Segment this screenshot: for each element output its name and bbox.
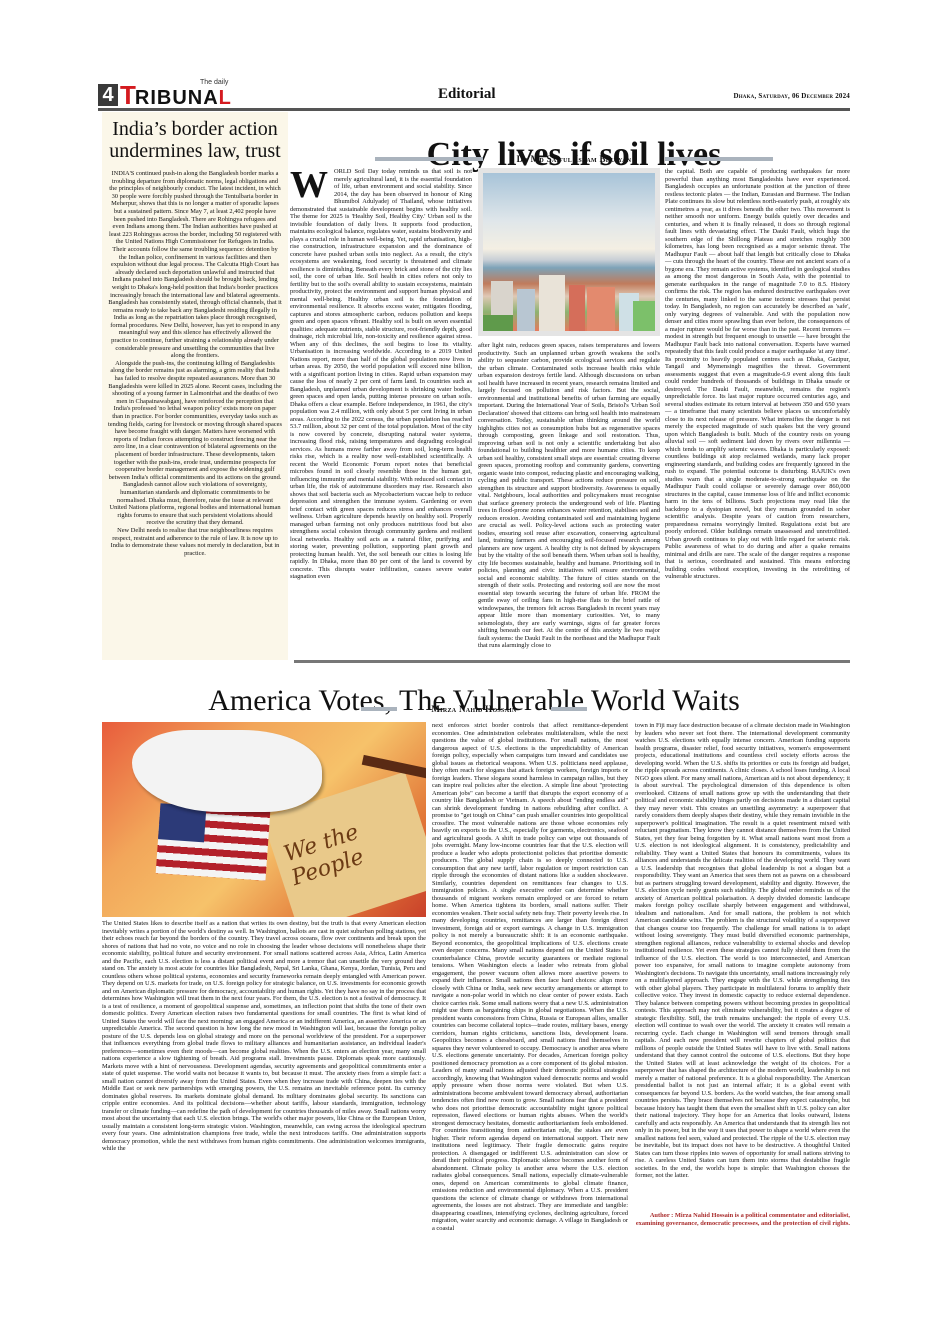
greenery-shape — [633, 301, 655, 331]
election-photo: We the People — [102, 722, 426, 917]
article1-column-1: W ORLD Soil Day today reminds us that so… — [290, 168, 472, 581]
article2-column-1: The United States likes to describe itse… — [102, 920, 426, 1153]
section-rule — [294, 660, 850, 663]
logo-wordmark-middle: RIBUNA — [135, 87, 219, 109]
masthead: 4 The daily TRIBUNAL Editorial Dhaka, Sa… — [98, 82, 850, 110]
byline-divider — [665, 157, 773, 161]
logo-initial: T — [120, 82, 135, 108]
editorial-paragraph: New Delhi needs to realise that true nei… — [108, 527, 282, 557]
dateline: Dhaka, Saturday, 06 December 2024 — [733, 92, 850, 100]
tribunal-logo: The daily TRIBUNAL — [120, 82, 232, 108]
city-photo-image — [483, 173, 655, 331]
article2-byline-row: Mirza Nahid Hossain — [98, 704, 850, 714]
author-note: Author : Mirza Nahid Hossain is a politi… — [635, 1212, 850, 1227]
us-map — [132, 730, 322, 812]
building-shape — [517, 289, 535, 331]
building-shape — [587, 287, 615, 331]
greenery-shape — [483, 315, 513, 331]
article1-column-2: after light rain, reduces green spaces, … — [478, 342, 660, 650]
us-flag — [156, 803, 271, 881]
editorial-paragraph: Alongside the push-ins, the continuing k… — [108, 360, 282, 482]
byline-divider — [375, 157, 483, 161]
masthead-rule — [98, 108, 850, 111]
building-shape — [569, 285, 585, 331]
logo-tagline: The daily — [200, 79, 228, 86]
article2-column-3: town in Fiji may face destruction becaus… — [635, 722, 850, 1208]
article1-column-3: the capital. Both are capable of produci… — [665, 168, 850, 581]
editorial-paragraph: Bangladesh cannot allow such violations … — [108, 481, 282, 527]
article1-byline-row: Dr Md Saiful Islam Bhuiyan — [298, 154, 850, 164]
article1-text: the capital. Both are capable of produci… — [665, 168, 850, 581]
article1-byline: Dr Md Saiful Islam Bhuiyan — [517, 154, 632, 164]
article2-text: next enforces strict border controls tha… — [432, 722, 628, 1232]
article2-byline: Mirza Nahid Hossain — [431, 704, 516, 714]
section-title: Editorial — [438, 86, 496, 103]
editorial-paragraph: INDIA'S continued push-in along the Bang… — [108, 170, 282, 299]
editorial-box: India’s border action undermines law, tr… — [102, 112, 288, 660]
article2-text: town in Fiji may face destruction becaus… — [635, 722, 850, 1180]
logo-wordmark: RIBUNAL — [135, 87, 232, 109]
article2-text: The United States likes to describe itse… — [102, 920, 426, 1153]
editorial-body: INDIA'S continued push-in along the Bang… — [108, 170, 282, 557]
article2-column-2: next enforces strict border controls tha… — [432, 722, 628, 1232]
city-photo — [478, 168, 660, 336]
logo-wordmark-last: L — [219, 87, 232, 109]
dropcap: W — [290, 170, 328, 200]
page-number: 4 — [98, 84, 118, 106]
constitution-script: We the People — [281, 800, 426, 891]
editorial-paragraph: Bangladesh has consistently stated, thro… — [108, 299, 282, 360]
building-shape — [539, 275, 565, 331]
article1-text: ORLD Soil Day today reminds us that soil… — [290, 168, 472, 581]
byline-divider — [361, 707, 397, 711]
article1-text: after light rain, reduces green spaces, … — [478, 342, 660, 650]
editorial-title: India’s border action undermines law, tr… — [108, 118, 282, 162]
byline-divider — [551, 707, 587, 711]
